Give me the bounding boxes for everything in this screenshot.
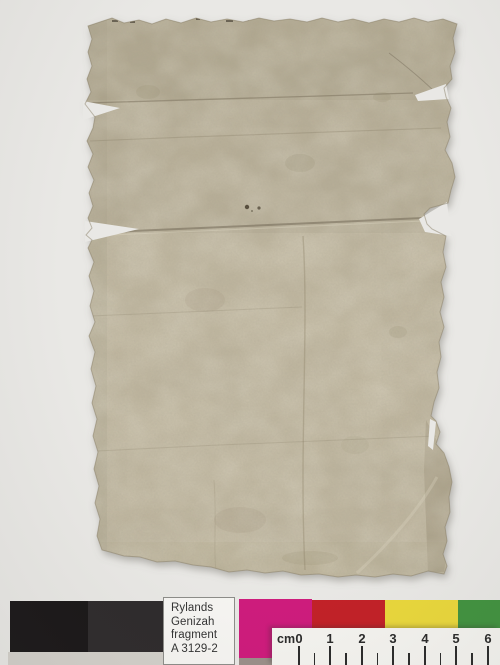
color-patch-black <box>10 601 88 652</box>
ruler-number-3: 3 <box>385 631 401 646</box>
ruler-tick-short <box>440 653 442 665</box>
label-line-type: fragment <box>171 629 234 643</box>
ruler-tick-long <box>298 646 300 665</box>
color-patch-dark-gray <box>88 601 163 652</box>
ruler-number-5: 5 <box>448 631 464 646</box>
label-line-series: Genizah <box>171 616 234 630</box>
ruler-tick-short <box>345 653 347 665</box>
ruler-tick-long <box>392 646 394 665</box>
ruler-tick-short <box>314 653 316 665</box>
ruler-number-4: 4 <box>417 631 433 646</box>
texture-grain <box>75 10 470 585</box>
fragment-photo-canvas <box>0 0 500 665</box>
patch-shadow <box>239 658 272 665</box>
stain <box>136 85 160 99</box>
ruler-tick-long <box>329 646 331 665</box>
ruler-tick-short <box>471 653 473 665</box>
shelfmark-label-card: Rylands Genizah fragment A 3129-2 <box>163 597 235 665</box>
ruler-tick-long <box>424 646 426 665</box>
stain <box>285 154 315 172</box>
ruler-number-0: 0 <box>291 631 307 646</box>
digitization-photo: Rylands Genizah fragment A 3129-2 cm 0 1… <box>0 0 500 665</box>
ruler-number-6: 6 <box>480 631 496 646</box>
fragment-texture-group <box>75 10 470 585</box>
ruler-tick-long <box>361 646 363 665</box>
cm-ruler: cm 0 1 2 3 4 5 6 <box>272 628 500 665</box>
stain <box>282 551 338 565</box>
ruler-tick-short <box>377 653 379 665</box>
ink-spot <box>245 205 249 209</box>
ruler-number-2: 2 <box>354 631 370 646</box>
ink-spot <box>251 210 253 212</box>
label-line-collection: Rylands <box>171 602 234 616</box>
color-patch-yellow <box>385 600 458 628</box>
ruler-tick-short <box>408 653 410 665</box>
label-line-shelfmark: A 3129-2 <box>171 643 234 657</box>
ruler-tick-long <box>487 646 489 665</box>
color-card-lower-edge <box>8 652 164 665</box>
color-patch-green <box>458 600 500 628</box>
ruler-tick-long <box>455 646 457 665</box>
stain <box>214 507 266 533</box>
stain <box>185 288 225 312</box>
color-patch-red <box>312 600 385 628</box>
stain <box>389 326 407 338</box>
ink-spot <box>257 206 260 209</box>
ruler-number-1: 1 <box>322 631 338 646</box>
